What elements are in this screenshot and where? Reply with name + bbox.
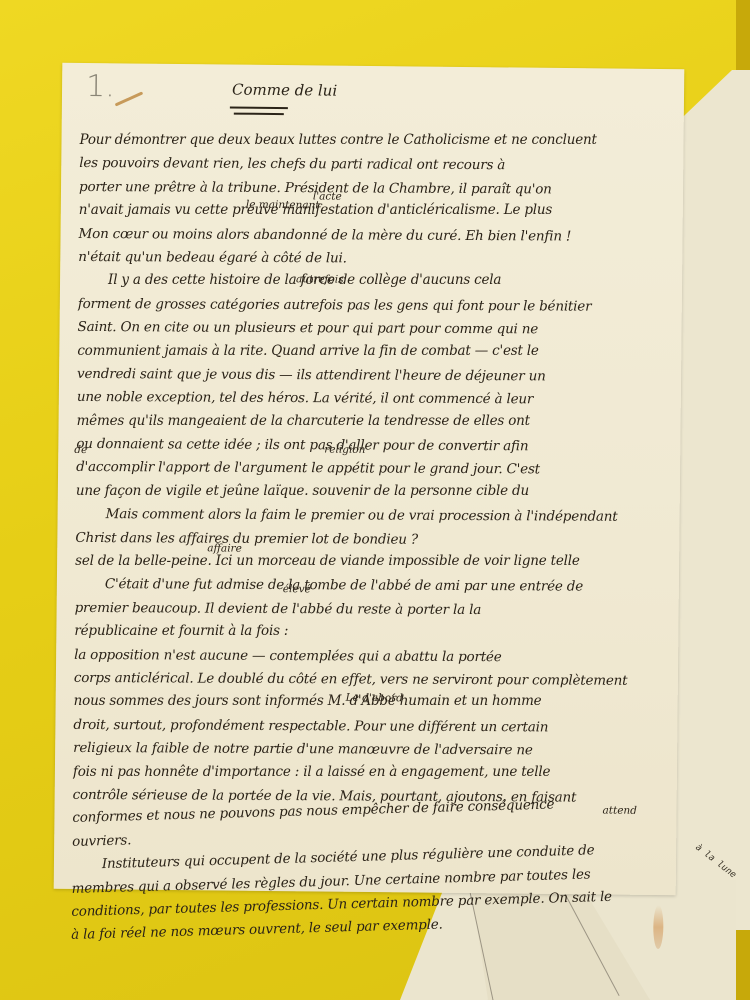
interlinear-insert: de bbox=[74, 444, 87, 456]
page-title: Comme de lui bbox=[232, 81, 337, 100]
manuscript-line: droit, surtout, profondément respectable… bbox=[73, 714, 669, 741]
title-underline bbox=[230, 107, 288, 109]
interlinear-insert: attend bbox=[602, 804, 637, 816]
manuscript-line: communient jamais à la rite. Quand arriv… bbox=[77, 339, 673, 362]
interlinear-insert: le maintenant bbox=[246, 199, 320, 212]
manuscript-line: forment de grosses catégories autrefois … bbox=[78, 293, 674, 320]
manuscript-line: d'accomplir l'apport de l'argument le ap… bbox=[76, 456, 672, 483]
manuscript-line: Saint. On en cite ou un plusieurs et pou… bbox=[78, 316, 674, 343]
manuscript-text: Pour démontrer que deux beaux luttes con… bbox=[71, 129, 676, 954]
manuscript-page: 1. Comme de lui Pour démontrer que deux … bbox=[54, 63, 685, 895]
manuscript-line: vendredi saint que je vous dis — ils att… bbox=[77, 363, 673, 390]
manuscript-line: mêmes qu'ils mangeaient de la charcuteri… bbox=[77, 410, 673, 433]
manuscript-line: religieux la faible de notre partie d'un… bbox=[73, 737, 669, 764]
page-number: 1. bbox=[86, 69, 115, 104]
manuscript-line: républicaine et fournit à la fois : bbox=[74, 620, 670, 643]
title-underline bbox=[234, 113, 284, 115]
interlinear-insert: élevé bbox=[283, 583, 311, 595]
manuscript-line: n'avait jamais vu cette preuve manifesta… bbox=[79, 199, 675, 222]
manuscript-line: Mon cœur ou moins alors abandonné de la … bbox=[78, 223, 674, 250]
manuscript-line: sel de la belle-peine. Ici un morceau de… bbox=[75, 550, 671, 573]
manuscript-line: la opposition n'est aucune — contemplées… bbox=[74, 644, 670, 671]
interlinear-insert: Le d'abord bbox=[346, 692, 403, 705]
manuscript-line: une façon de vigile et jeûne laïque. sou… bbox=[76, 480, 672, 503]
manuscript-line: Il y a des cette histoire de la force de… bbox=[78, 269, 674, 292]
manuscript-line: Mais comment alors la faim le premier ou… bbox=[76, 503, 672, 530]
interlinear-insert: affaire bbox=[207, 542, 242, 554]
manuscript-line: une noble exception, tel des héros. La v… bbox=[77, 386, 673, 413]
manuscript-line: Pour démontrer que deux beaux luttes con… bbox=[80, 129, 676, 152]
interlinear-insert: religion bbox=[324, 444, 365, 456]
interlinear-insert: autrefois bbox=[296, 273, 344, 285]
tape-mark bbox=[115, 91, 144, 106]
interlinear-insert: l'acte bbox=[313, 190, 342, 202]
manuscript-line: C'était d'une fut admise de la tombe de … bbox=[75, 573, 671, 600]
manuscript-line: fois ni pas honnête d'importance : il a … bbox=[73, 760, 669, 783]
manuscript-line: les pouvoirs devant rien, les chefs du p… bbox=[79, 152, 675, 179]
